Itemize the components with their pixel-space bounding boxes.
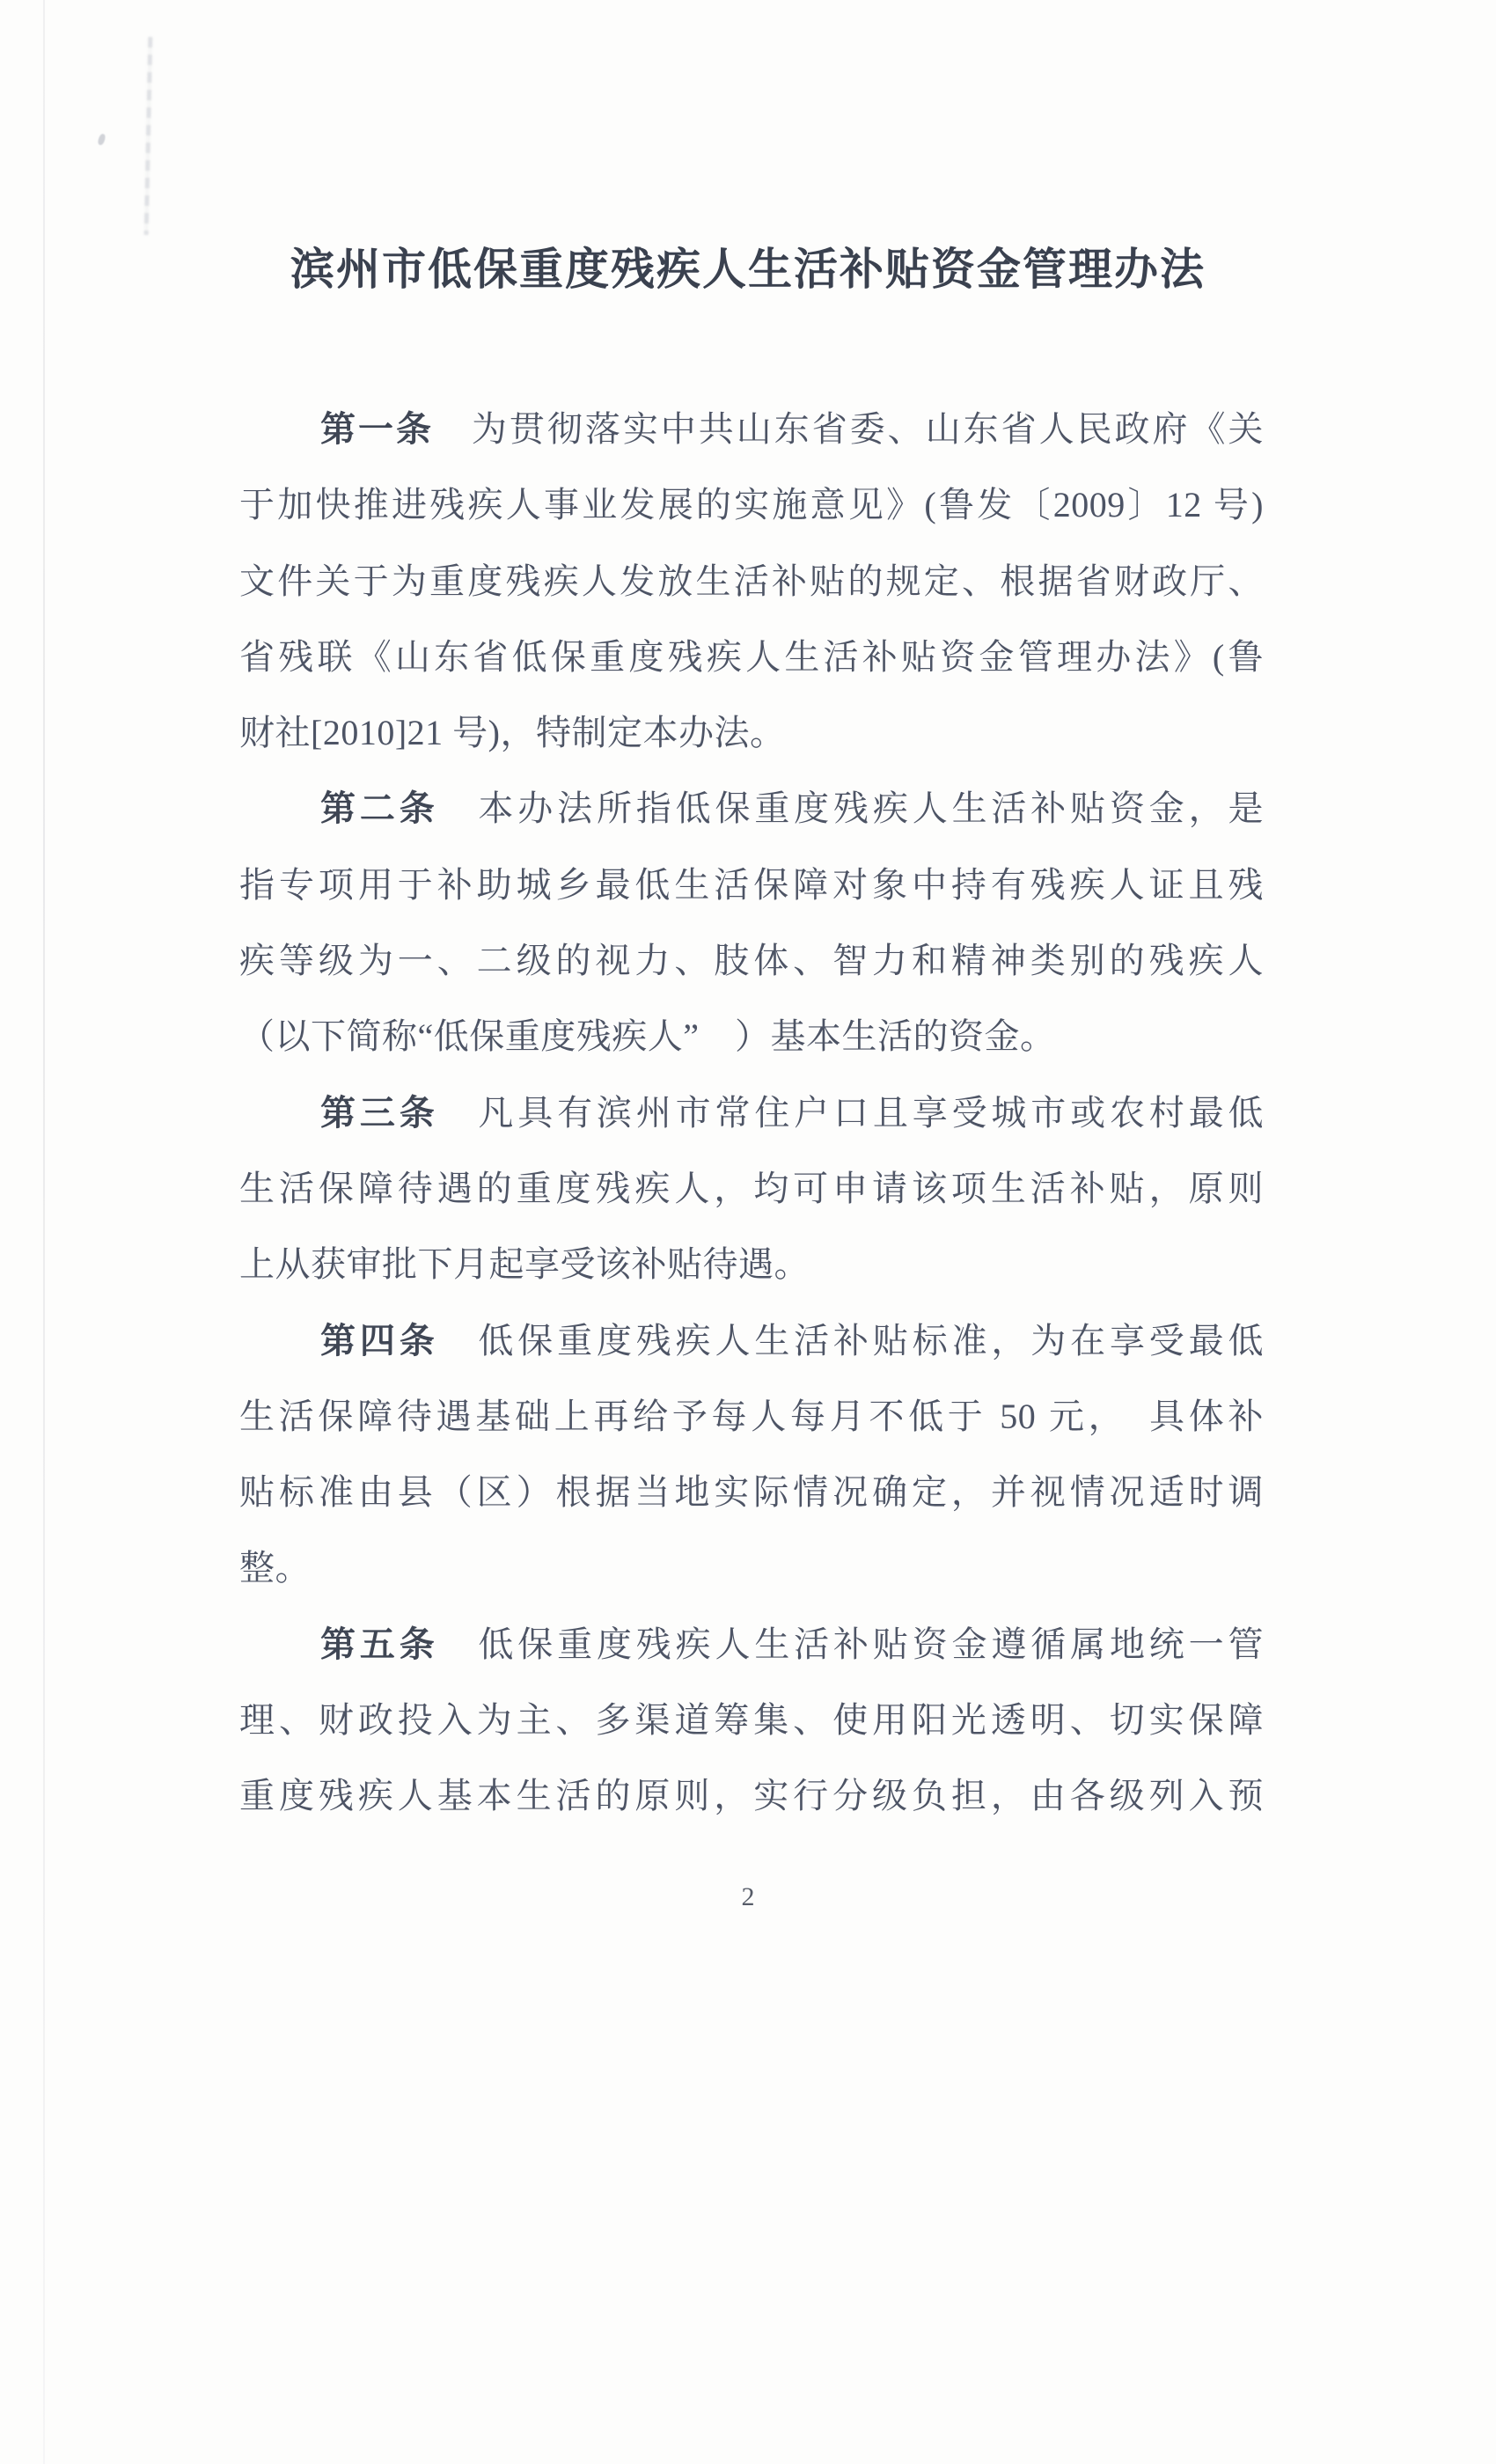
scanned-document-page: 滨州市低保重度残疾人生活补贴资金管理办法 第一条 为贯彻落实中共山东省委、山东省… bbox=[0, 0, 1496, 2464]
document-body: 第一条 为贯彻落实中共山东省委、山东省人民政府《关于加快推进残疾人事业发展的实施… bbox=[239, 392, 1264, 1835]
text-line: 贴标准由县（区）根据当地实际情况确定，并视情况适时调 bbox=[239, 1455, 1264, 1530]
text-line: 整。 bbox=[239, 1530, 1264, 1606]
text-line: 上从获审批下月起享受该补贴待遇。 bbox=[239, 1227, 1264, 1302]
text-line: 第二条 本办法所指低保重度残疾人生活补贴资金，是 bbox=[239, 771, 1264, 847]
scan-speck-artifact bbox=[97, 133, 106, 146]
text-line: 于加快推进残疾人事业发展的实施意见》(鲁发〔2009〕12 号) bbox=[239, 467, 1264, 543]
article-number-label: 第五条 bbox=[320, 1624, 439, 1664]
page-number: 2 bbox=[0, 1878, 1496, 1917]
scan-smudge-artifact bbox=[144, 37, 153, 235]
article-number-label: 第四条 bbox=[320, 1321, 439, 1360]
text-line: 省残联《山东省低保重度残疾人生活补贴资金管理办法》(鲁 bbox=[239, 620, 1264, 695]
text-line: 生活保障待遇基础上再给予每人每月不低于 50 元， 具体补 bbox=[239, 1379, 1264, 1455]
text-line: 疾等级为一、二级的视力、肢体、智力和精神类别的残疾人 bbox=[239, 923, 1264, 999]
article-number-label: 第三条 bbox=[320, 1093, 439, 1133]
text-line: 第三条 凡具有滨州市常住户口且享受城市或农村最低 bbox=[239, 1075, 1264, 1151]
text-line: （以下简称“低保重度残疾人” ）基本生活的资金。 bbox=[239, 999, 1264, 1074]
text-line: 重度残疾人基本生活的原则，实行分级负担，由各级列入预 bbox=[239, 1758, 1264, 1834]
article-number-label: 第一条 bbox=[320, 409, 434, 449]
text-line: 财社[2010]21 号)，特制定本办法。 bbox=[239, 695, 1264, 771]
text-line: 理、财政投入为主、多渠道筹集、使用阳光透明、切实保障 bbox=[239, 1683, 1264, 1758]
text-line: 第四条 低保重度残疾人生活补贴标准，为在享受最低 bbox=[239, 1303, 1264, 1379]
text-line: 文件关于为重度残疾人发放生活补贴的规定、根据省财政厅、 bbox=[239, 544, 1264, 620]
document-title: 滨州市低保重度残疾人生活补贴资金管理办法 bbox=[0, 245, 1496, 294]
article-number-label: 第二条 bbox=[320, 788, 439, 828]
text-line: 指专项用于补助城乡最低生活保障对象中持有残疾人证且残 bbox=[239, 847, 1264, 923]
text-line: 第一条 为贯彻落实中共山东省委、山东省人民政府《关 bbox=[239, 392, 1264, 467]
text-line: 生活保障待遇的重度残疾人，均可申请该项生活补贴，原则 bbox=[239, 1151, 1264, 1227]
scan-edge-artifact bbox=[43, 0, 45, 2464]
text-line: 第五条 低保重度残疾人生活补贴资金遵循属地统一管 bbox=[239, 1607, 1264, 1683]
